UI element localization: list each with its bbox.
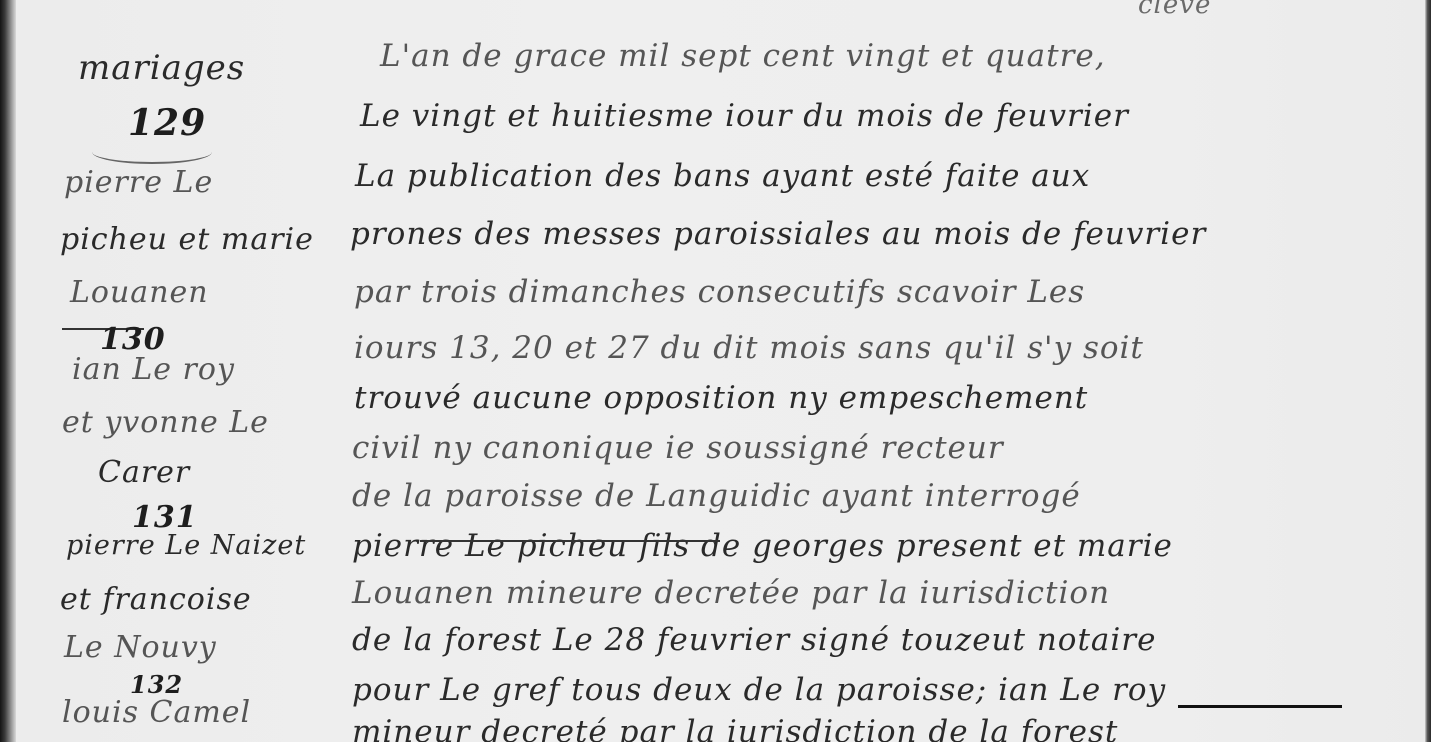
entry-name-line: et francoise	[60, 582, 252, 617]
entry-number: 129	[128, 102, 206, 144]
page-binding-edge	[0, 0, 16, 742]
body-line: de la forest Le 28 feuvrier signé touzeu…	[352, 622, 1156, 658]
entry-name-line: picheu et marie	[60, 222, 314, 257]
body-line: pour Le gref tous deux de la paroisse; i…	[352, 672, 1166, 708]
entry-name-line: et yvonne Le	[62, 405, 269, 440]
body-line: prones des messes paroissiales au mois d…	[350, 216, 1206, 252]
entry-name-line: Carer	[98, 455, 190, 490]
body-line: mineur decreté par la iurisdiction de la…	[352, 714, 1118, 742]
entry-name-line: pierre Le	[64, 165, 213, 200]
flourish	[92, 140, 212, 164]
page-right-edge	[1425, 0, 1431, 742]
entry-name-line: louis Camel	[62, 695, 251, 730]
entry-name-line: Louanen	[70, 275, 209, 310]
body-line: La publication des bans ayant esté faite…	[355, 158, 1090, 194]
body-line: de la paroisse de Languidic ayant interr…	[352, 478, 1081, 514]
name-underline	[420, 540, 720, 542]
body-line: par trois dimanches consecutifs scavoir …	[354, 274, 1085, 310]
entry-name-line: pierre Le Naizet	[66, 530, 306, 561]
body-line: L'an de grace mil sept cent vingt et qua…	[380, 38, 1106, 74]
name-underline	[1178, 705, 1342, 708]
manuscript-page: cleve mariages 129 pierre Le picheu et m…	[0, 0, 1431, 742]
body-line: civil ny canonique ie soussigné recteur	[352, 430, 1004, 466]
body-line: Louanen mineure decretée par la iurisdic…	[352, 575, 1110, 611]
body-line: pierre Le picheu fils de georges present…	[352, 528, 1173, 564]
top-note: cleve	[1138, 0, 1211, 20]
entry-name-line: ian Le roy	[72, 352, 235, 387]
margin-heading: mariages	[78, 48, 245, 88]
entry-name-line: Le Nouvy	[64, 630, 217, 665]
body-line: iours 13, 20 et 27 du dit mois sans qu'i…	[354, 330, 1144, 366]
body-line: trouvé aucune opposition ny empeschement	[354, 380, 1088, 416]
body-line: Le vingt et huitiesme iour du mois de fe…	[360, 98, 1129, 134]
